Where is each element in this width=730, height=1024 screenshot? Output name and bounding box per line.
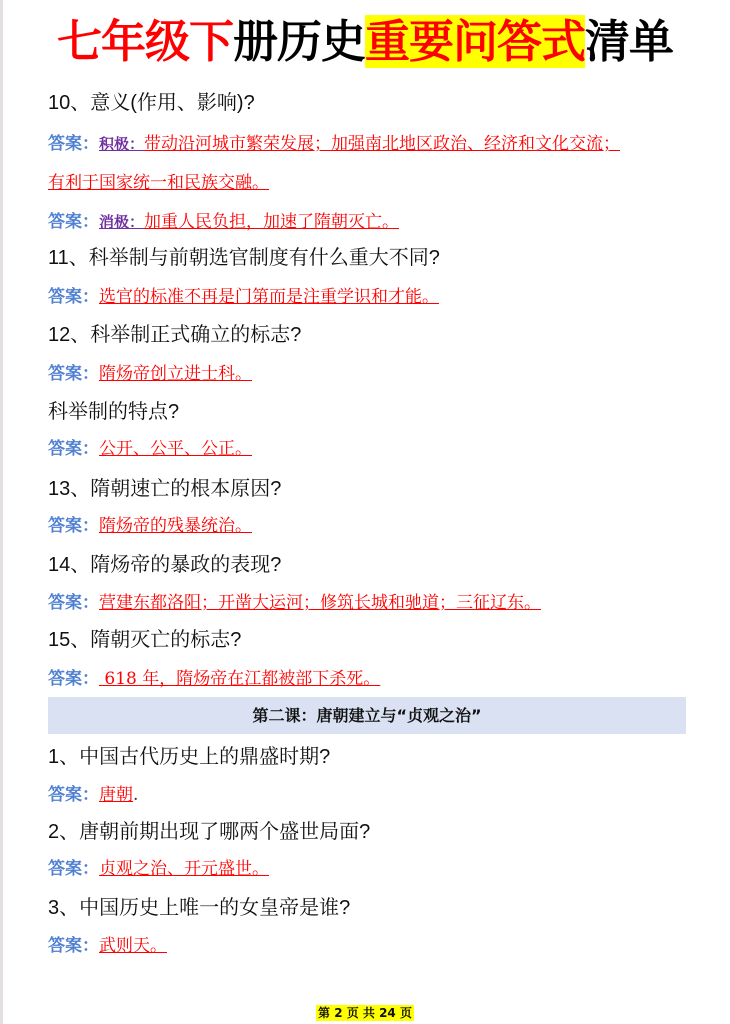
answer-text: 隋炀帝的残暴统治。 xyxy=(99,516,252,536)
answer-text: 公开、公平、公正。 xyxy=(99,439,252,459)
question-12: 12、科举制正式确立的标志? xyxy=(48,322,301,348)
answer-14: 答案：营建东都洛阳；开凿大运河；修筑长城和驰道；三征辽东。 xyxy=(48,591,541,615)
answer-label: 答案： xyxy=(48,785,99,805)
answer-13: 答案：隋炀帝的残暴统治。 xyxy=(48,514,252,538)
answer-label: 答案： xyxy=(48,593,99,613)
answer-text: 唐朝 xyxy=(99,785,133,805)
answer-text: 选官的标准不再是门第而是注重学识和才能。 xyxy=(99,287,439,307)
question-10: 10、意义(作用、影响)? xyxy=(48,90,255,116)
question-13: 13、隋朝速亡的根本原因? xyxy=(48,476,281,502)
answer-label: 答案： xyxy=(48,134,99,154)
title-part-list: 清单 xyxy=(585,15,673,68)
question-14: 14、隋炀帝的暴政的表现? xyxy=(48,552,281,578)
answer-suffix: . xyxy=(133,785,138,805)
lesson2-question-1: 1、中国古代历史上的鼎盛时期? xyxy=(48,744,330,770)
document-page: 七年级下册历史重要问答式清单 10、意义(作用、影响)? 答案：积极：带动沿河城… xyxy=(0,0,730,1024)
answer-text: 武则天。 xyxy=(99,936,167,956)
title-part-highlight: 重要问答式 xyxy=(365,15,585,68)
answer-label: 答案： xyxy=(48,364,99,384)
answer-text: 隋炀帝创立进士科。 xyxy=(99,364,252,384)
title-part-subject: 册历史 xyxy=(233,15,365,68)
answer-label: 答案： xyxy=(48,287,99,307)
answer-label: 答案： xyxy=(48,936,99,956)
answer-text: 加重人民负担，加速了隋朝灭亡。 xyxy=(144,212,399,232)
answer-text: 营建东都洛阳；开凿大运河；修筑长城和驰道；三征辽东。 xyxy=(99,593,541,613)
lesson2-question-3: 3、中国历史上唯一的女皇帝是谁? xyxy=(48,895,350,921)
answer-label: 答案： xyxy=(48,516,99,536)
answer-12: 答案：隋炀帝创立进士科。 xyxy=(48,362,252,386)
page-number: 第 2 页 共 24 页 xyxy=(316,1005,414,1021)
question-keju-features: 科举制的特点? xyxy=(48,399,179,425)
answer-text: 贞观之治、开元盛世。 xyxy=(99,859,269,879)
answer-text: 带动沿河城市繁荣发展；加强南北地区政治、经济和文化交流； xyxy=(144,134,620,154)
lesson2-answer-3: 答案：武则天。 xyxy=(48,934,167,958)
answer-label: 答案： xyxy=(48,212,99,232)
lesson2-answer-2: 答案：贞观之治、开元盛世。 xyxy=(48,857,269,881)
answer-10-positive-cont: 有利于国家统一和民族交融。 xyxy=(48,171,269,195)
answer-label: 答案： xyxy=(48,439,99,459)
title-part-grade: 七年级下 xyxy=(57,15,233,68)
answer-text: 有利于国家统一和民族交融。 xyxy=(48,173,269,193)
answer-tag-positive: 积极： xyxy=(99,135,144,153)
answer-label: 答案： xyxy=(48,859,99,879)
answer-15: 答案： 618 年，隋炀帝在江都被部下杀死。 xyxy=(48,667,380,691)
lesson2-question-2: 2、唐朝前期出现了哪两个盛世局面? xyxy=(48,819,370,845)
lesson2-answer-1: 答案：唐朝. xyxy=(48,783,138,807)
answer-label: 答案： xyxy=(48,669,99,689)
question-15: 15、隋朝灭亡的标志? xyxy=(48,627,241,653)
page-title: 七年级下册历史重要问答式清单 xyxy=(0,12,730,72)
answer-keju-features: 答案：公开、公平、公正。 xyxy=(48,437,252,461)
answer-text: 618 年，隋炀帝在江都被部下杀死。 xyxy=(99,669,380,689)
question-11: 11、科举制与前朝选官制度有什么重大不同? xyxy=(48,245,440,271)
answer-10-positive: 答案：积极：带动沿河城市繁荣发展；加强南北地区政治、经济和文化交流； xyxy=(48,132,620,156)
answer-11: 答案：选官的标准不再是门第而是注重学识和才能。 xyxy=(48,285,439,309)
page-footer: 第 2 页 共 24 页 xyxy=(0,1004,730,1022)
section-heading: 第二课：唐朝建立与“贞观之治” xyxy=(48,697,686,734)
answer-tag-negative: 消极： xyxy=(99,213,144,231)
answer-10-negative: 答案：消极：加重人民负担，加速了隋朝灭亡。 xyxy=(48,210,399,234)
